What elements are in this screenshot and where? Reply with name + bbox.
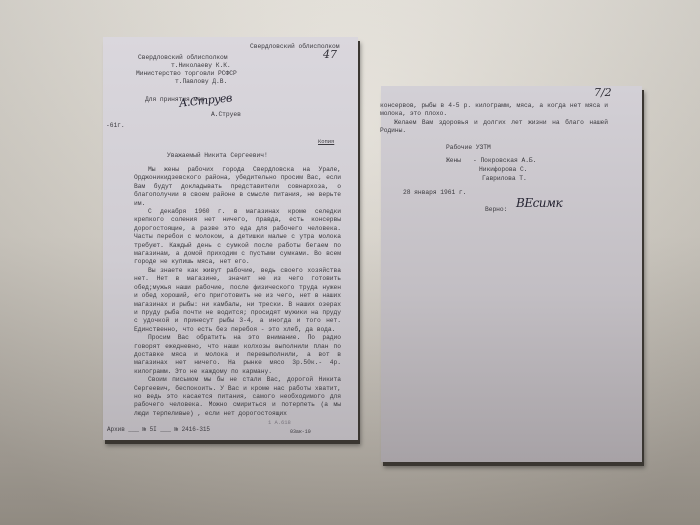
signatory-2: Никифорова С. <box>479 166 527 174</box>
body-paragraph: консервов, рыбы в 4-5 р. килограмм, мяса… <box>380 102 608 119</box>
body-paragraph: Вы знаете как живут рабочие, ведь своего… <box>134 267 341 334</box>
resolution-signer: А.Струев <box>211 111 241 119</box>
body-paragraph: Своим письмом мы бы не стали Вас, дорого… <box>134 376 341 418</box>
archive-code: 03ак-10 <box>290 428 311 436</box>
letter-body-continued: консервов, рыбы в 4-5 р. килограмм, мяса… <box>380 102 608 136</box>
body-paragraph: С декабря 1960 г. в магазинах кроме селе… <box>134 208 341 267</box>
date-fragment: -61г. <box>106 122 125 130</box>
body-paragraph: Просим Вас обратить на это внимание. По … <box>134 334 341 376</box>
addressee-line-4: т.Павлову Д.В. <box>175 78 227 86</box>
letter-page-1: Свердловский облисполком 47 Свердловский… <box>103 37 358 440</box>
archive-reference: Архив ___ № 5I ___ № 2416-315 <box>107 426 210 434</box>
archive-page-number: 47 <box>323 51 337 59</box>
signatories-label: Жены <box>446 157 461 165</box>
letter-body: Мы жены рабочих города Свердловска на Ур… <box>134 166 341 418</box>
resolution-signature: А.Струев <box>179 94 233 108</box>
verification-label: Верно: <box>485 206 507 214</box>
verification-signature: ВЕсимк <box>516 199 562 207</box>
letter-page-2: 7/2 консервов, рыбы в 4-5 р. килограмм, … <box>381 86 642 462</box>
body-paragraph: Желаем Вам здоровья и долгих лет жизни н… <box>380 119 608 136</box>
archive-stamp: 1 А.618 <box>268 419 291 427</box>
salutation: Уважаемый Никита Сергеевич! <box>167 152 268 160</box>
body-paragraph: Мы жены рабочих города Свердловска на Ур… <box>134 166 341 208</box>
letter-date: 28 января 1961 г. <box>403 189 466 197</box>
copy-mark: Копия <box>318 138 334 146</box>
signatory-1: - Покровская А.Б. <box>473 157 536 165</box>
archive-page-number: 7/2 <box>594 89 612 97</box>
signatories-heading: Рабочие УЗТМ <box>446 144 491 152</box>
signatory-3: Гаврилова Т. <box>482 175 527 183</box>
